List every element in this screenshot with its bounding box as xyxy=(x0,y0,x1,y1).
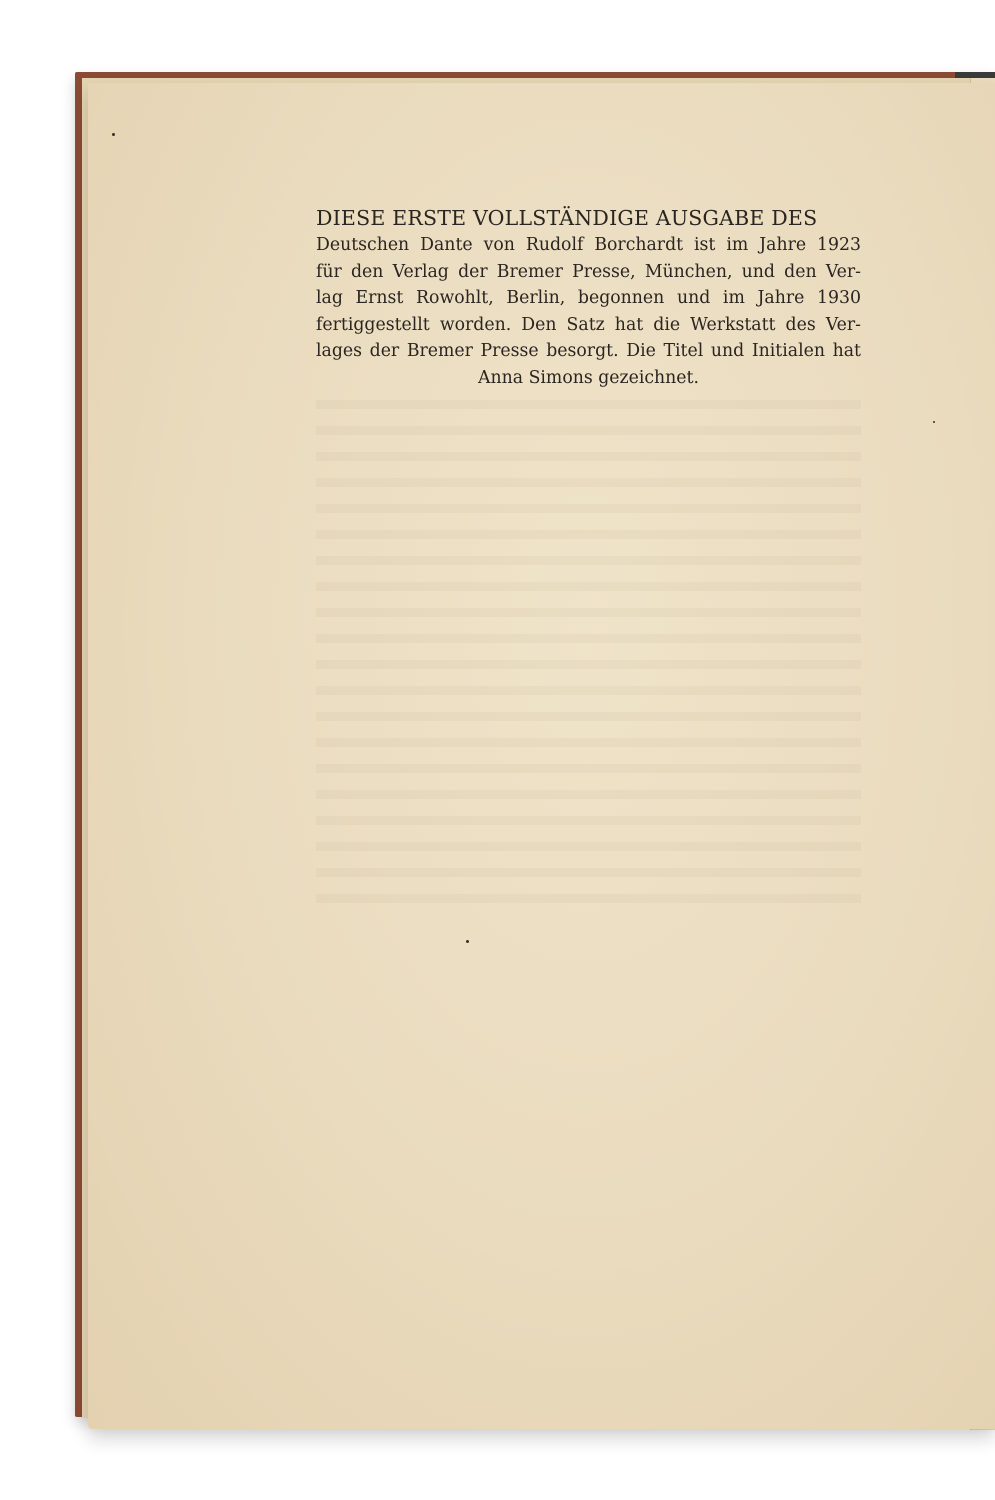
colophon-line: lag Ernst Rowohlt, Berlin, begonnen und … xyxy=(316,285,861,312)
book-photo: DIESE ERSTE VOLLSTÄNDIGE AUSGABE DES Deu… xyxy=(0,0,995,1500)
show-through-text xyxy=(316,400,861,920)
colophon-line: lages der Bremer Presse besorgt. Die Tit… xyxy=(316,338,861,365)
paper-speck xyxy=(933,421,935,423)
colophon-text: DIESE ERSTE VOLLSTÄNDIGE AUSGABE DES Deu… xyxy=(316,205,861,391)
colophon-line: fertiggestellt worden. Den Satz hat die … xyxy=(316,312,861,339)
paper-speck xyxy=(466,940,469,943)
colophon-heading: DIESE ERSTE VOLLSTÄNDIGE AUSGABE DES xyxy=(316,205,861,232)
colophon-closing-line: Anna Simons gezeichnet. xyxy=(316,365,861,392)
colophon-line: für den Verlag der Bremer Presse, Münche… xyxy=(316,259,861,286)
colophon-line: Deutschen Dante von Rudolf Borchardt ist… xyxy=(316,232,861,259)
paper-speck xyxy=(112,133,115,136)
